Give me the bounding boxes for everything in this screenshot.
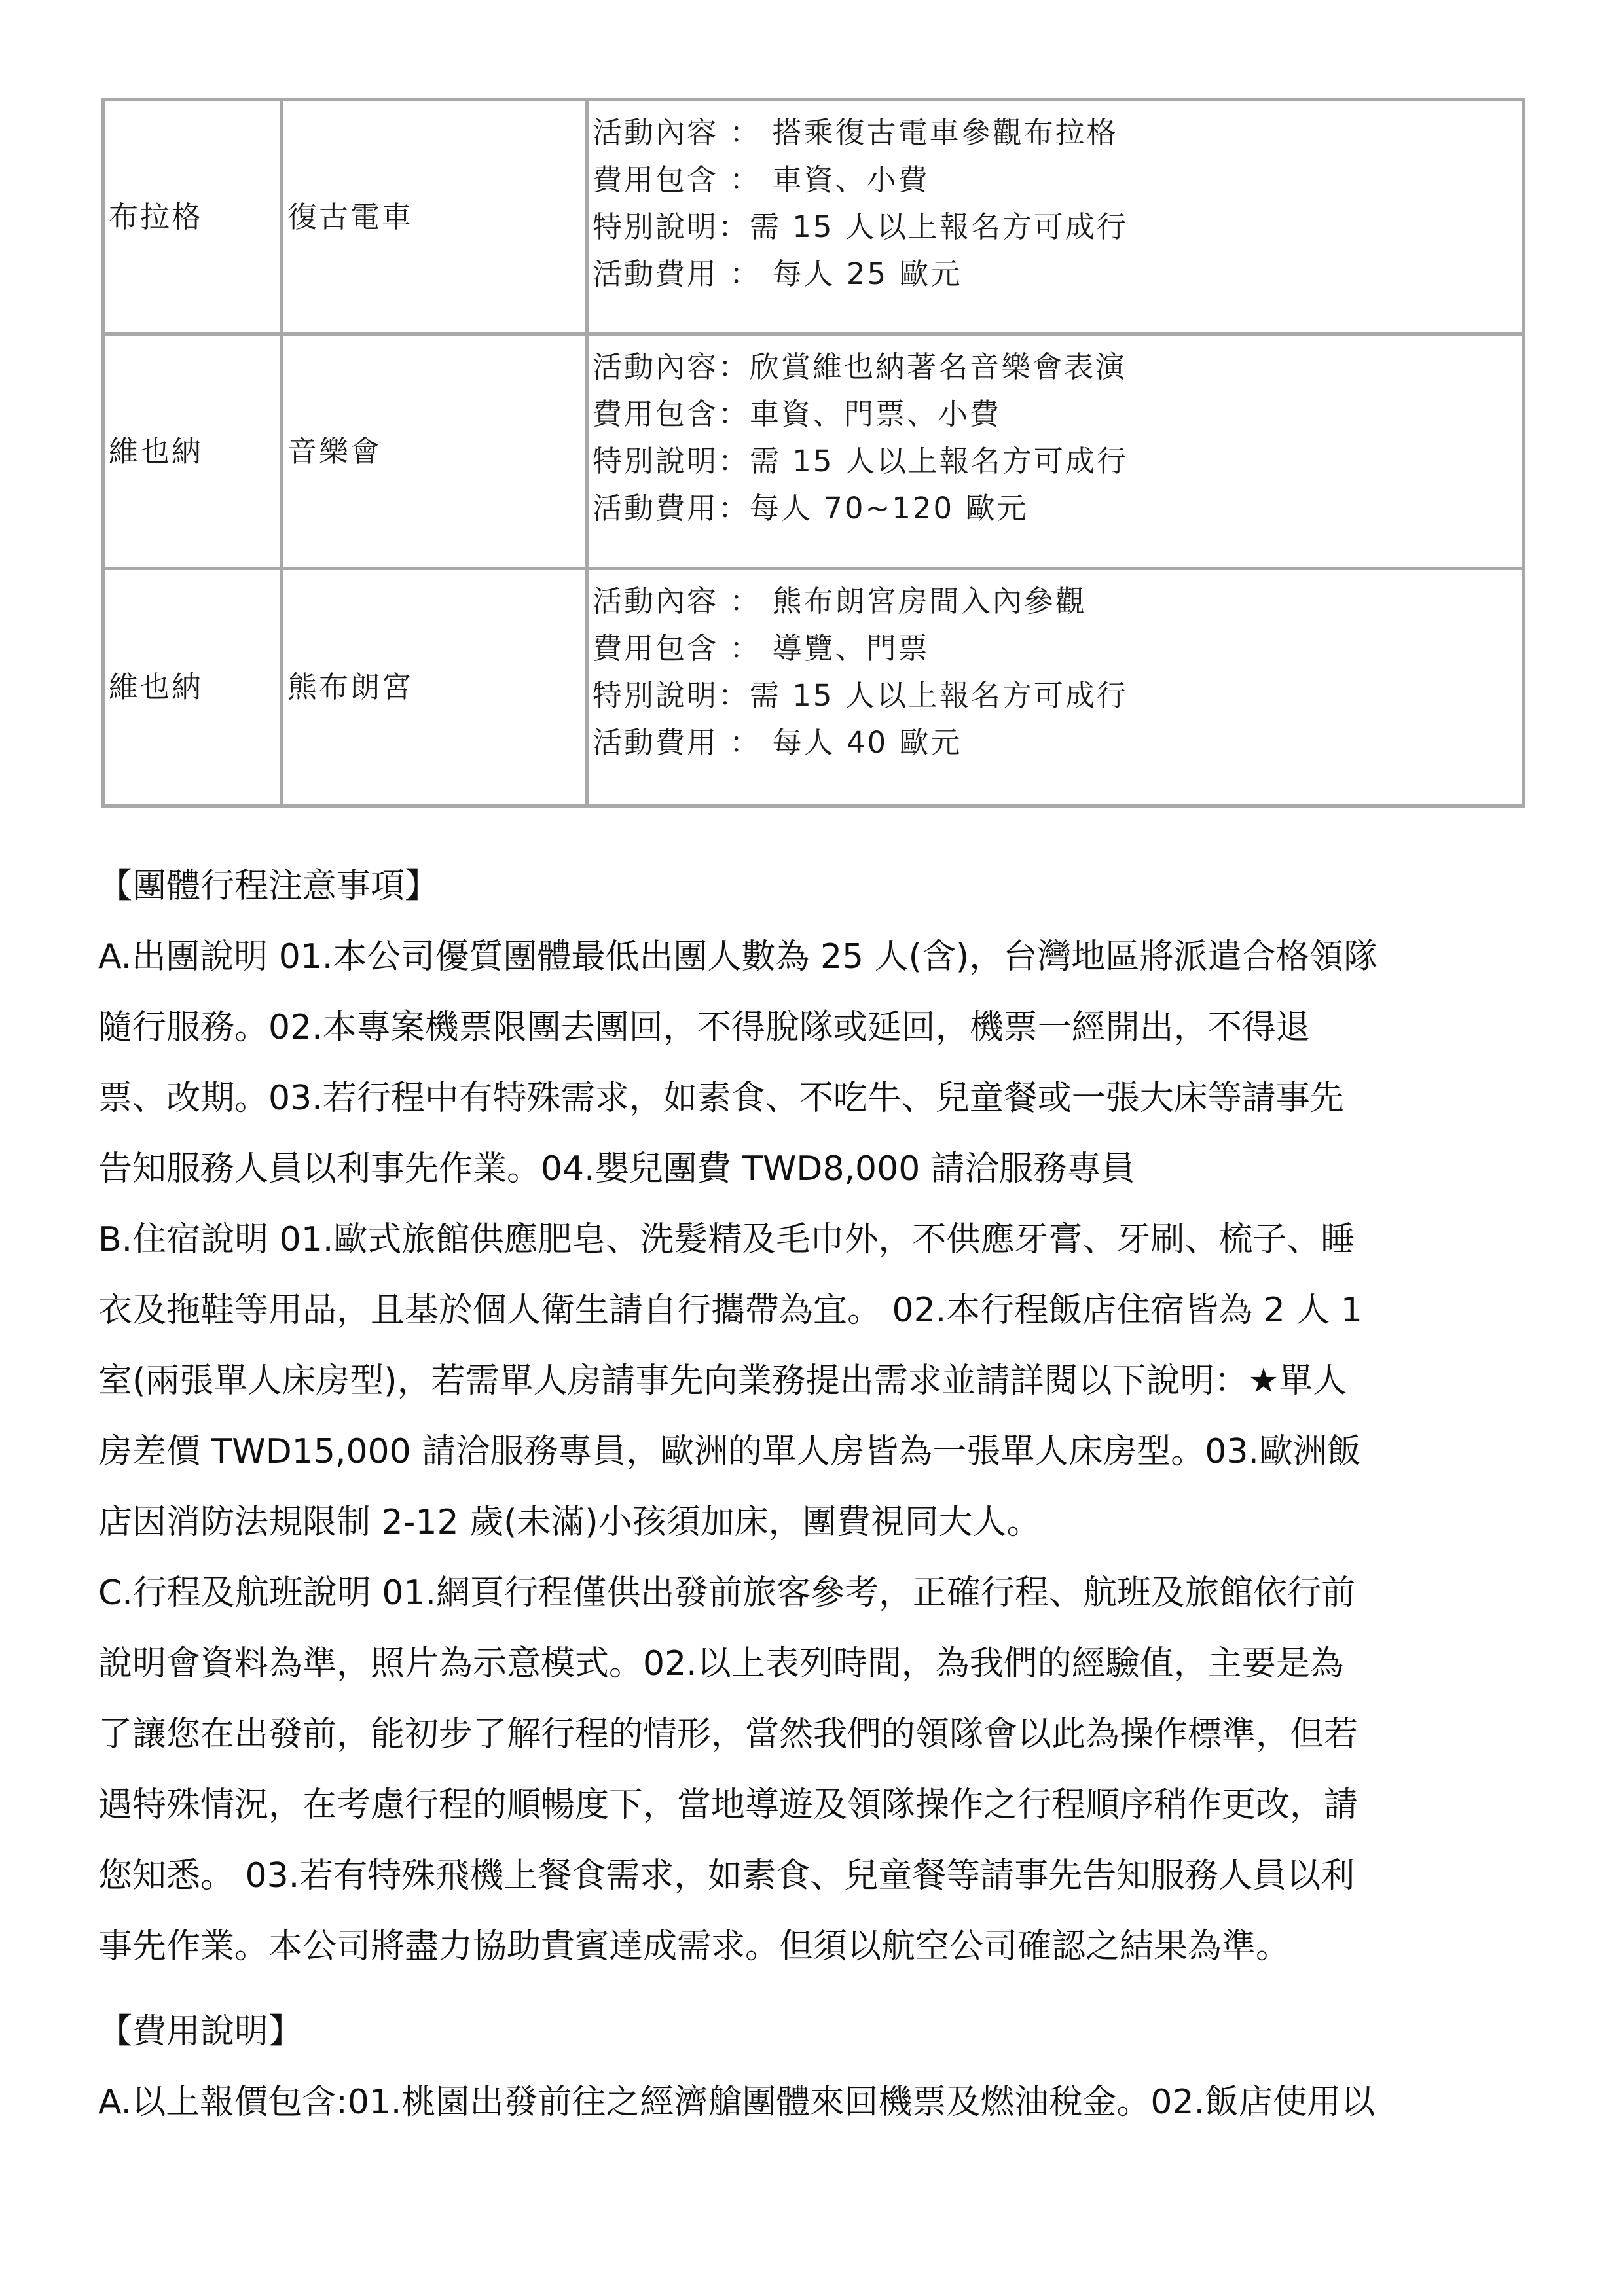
text-line: 房差價 TWD15,000 請洽服務專員，歐洲的單人房皆為一張單人床房型。03.… (98, 1416, 1525, 1487)
text-line: A.出團說明 01.本公司優質團體最低出團人數為 25 人(含)，台灣地區將派遣… (98, 922, 1525, 992)
section-title: 【團體行程注意事項】 (98, 851, 1525, 922)
optional-activity-table: 布拉格 復古電車 活動內容 ： 搭乘復古電車參觀布拉格 費用包含 ： 車資、小費… (101, 98, 1525, 808)
fees-body: A.以上報價包含:01.桃園出發前往之經濟艙團體來回機票及燃油稅金。02.飯店使… (98, 2067, 1525, 2138)
text-line: 隨行服務。02.本專案機票限團去團回，不得脫隊或延回，機票一經開出，不得退 (98, 992, 1525, 1063)
document-page: 布拉格 復古電車 活動內容 ： 搭乘復古電車參觀布拉格 費用包含 ： 車資、小費… (0, 0, 1623, 2296)
text-line: 遇特殊情況，在考慮行程的順暢度下，當地導遊及領隊操作之行程順序稍作更改，請 (98, 1770, 1525, 1840)
text-line: 店因消防法規限制 2-12 歲(未滿)小孩須加床，團費視同大人。 (98, 1487, 1525, 1558)
activity-fee: 活動費用 ： 每人 25 歐元 (593, 251, 1522, 298)
section-title: 【費用說明】 (98, 1996, 1525, 2067)
text-line: 了讓您在出發前，能初步了解行程的情形，當然我們的領隊會以此為操作標準，但若 (98, 1699, 1525, 1770)
special-note: 特別說明：需 15 人以上報名方可成行 (593, 672, 1522, 719)
text-line: A.以上報價包含:01.桃園出發前往之經濟艙團體來回機票及燃油稅金。02.飯店使… (98, 2067, 1525, 2138)
notes-body: A.出團說明 01.本公司優質團體最低出團人數為 25 人(含)，台灣地區將派遣… (98, 922, 1525, 1982)
activity-detail-cell: 活動內容：欣賞維也納著名音樂會表演 費用包含：車資、門票、小費 特別說明：需 1… (585, 336, 1525, 570)
text-line: 告知服務人員以利事先作業。04.嬰兒團費 TWD8,000 請洽服務專員 (98, 1134, 1525, 1204)
activity-detail-cell: 活動內容 ： 搭乘復古電車參觀布拉格 費用包含 ： 車資、小費 特別說明：需 1… (585, 101, 1525, 336)
activity-fee: 活動費用：每人 70~120 歐元 (593, 485, 1522, 532)
text-line: 衣及拖鞋等用品，且基於個人衛生請自行攜帶為宜。 02.本行程飯店住宿皆為 2 人… (98, 1275, 1525, 1346)
activity-content: 活動內容 ： 搭乘復古電車參觀布拉格 (593, 109, 1522, 156)
text-line: 室(兩張單人床房型)，若需單人房請事先向業務提出需求並請詳閱以下說明：★單人 (98, 1346, 1525, 1416)
special-note: 特別說明：需 15 人以上報名方可成行 (593, 438, 1522, 485)
activity-content: 活動內容 ： 熊布朗宮房間入內參觀 (593, 578, 1522, 625)
city-cell: 維也納 (101, 570, 280, 804)
group-tour-notes-section: 【團體行程注意事項】 A.出團說明 01.本公司優質團體最低出團人數為 25 人… (98, 851, 1525, 1982)
activity-name-cell: 熊布朗宮 (280, 570, 585, 804)
text-line: C.行程及航班說明 01.網頁行程僅供出發前旅客參考，正確行程、航班及旅館依行前 (98, 1558, 1525, 1628)
activity-fee: 活動費用 ： 每人 40 歐元 (593, 719, 1522, 766)
activity-name-cell: 復古電車 (280, 101, 585, 336)
text-line: 事先作業。本公司將盡力協助貴賓達成需求。但須以航空公司確認之結果為準。 (98, 1911, 1525, 1982)
fee-includes: 費用包含 ： 車資、小費 (593, 156, 1522, 204)
text-line: B.住宿說明 01.歐式旅館供應肥皂、洗髮精及毛巾外，不供應牙膏、牙刷、梳子、睡 (98, 1204, 1525, 1275)
table-row: 維也納 音樂會 活動內容：欣賞維也納著名音樂會表演 費用包含：車資、門票、小費 … (101, 336, 1525, 570)
text-line: 票、改期。03.若行程中有特殊需求，如素食、不吃牛、兒童餐或一張大床等請事先 (98, 1063, 1525, 1134)
text-line: 您知悉。 03.若有特殊飛機上餐食需求，如素食、兒童餐等請事先告知服務人員以利 (98, 1840, 1525, 1911)
text-line: 說明會資料為準，照片為示意模式。02.以上表列時間，為我們的經驗值，主要是為 (98, 1628, 1525, 1699)
activity-detail-cell: 活動內容 ： 熊布朗宮房間入內參觀 費用包含 ： 導覽、門票 特別說明：需 15… (585, 570, 1525, 804)
fee-description-section: 【費用說明】 A.以上報價包含:01.桃園出發前往之經濟艙團體來回機票及燃油稅金… (98, 1996, 1525, 2138)
table-row: 布拉格 復古電車 活動內容 ： 搭乘復古電車參觀布拉格 費用包含 ： 車資、小費… (101, 101, 1525, 336)
fee-includes: 費用包含 ： 導覽、門票 (593, 625, 1522, 672)
special-note: 特別說明：需 15 人以上報名方可成行 (593, 204, 1522, 251)
activity-content: 活動內容：欣賞維也納著名音樂會表演 (593, 344, 1522, 391)
city-cell: 維也納 (101, 336, 280, 570)
table-row: 維也納 熊布朗宮 活動內容 ： 熊布朗宮房間入內參觀 費用包含 ： 導覽、門票 … (101, 570, 1525, 804)
activity-name-cell: 音樂會 (280, 336, 585, 570)
fee-includes: 費用包含：車資、門票、小費 (593, 391, 1522, 438)
city-cell: 布拉格 (101, 101, 280, 336)
